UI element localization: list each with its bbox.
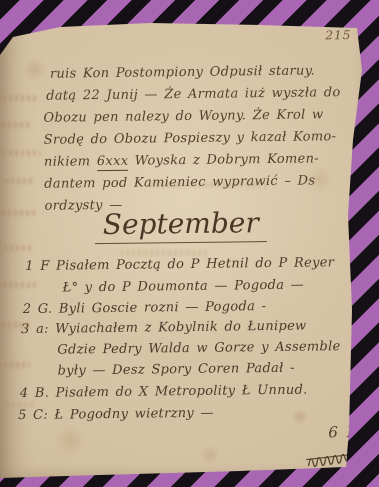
page-number: 215 bbox=[325, 28, 351, 42]
handwritten-content: 215 ruis Kon Postompiony Odpusił staruy.… bbox=[0, 0, 379, 487]
line-text: nikiem bbox=[44, 154, 97, 170]
diary-entry-line: 5 C: Ł Pogodny wietrzny — bbox=[18, 405, 214, 424]
manuscript-line: ruis Kon Postompiony Odpusił staruy. bbox=[50, 62, 315, 82]
diary-entry-line: 4 B. Pisałem do X Metropolity Ł Unnud. bbox=[20, 382, 308, 403]
diary-entry-line: były — Desz Spory Coren Padał - bbox=[57, 360, 294, 380]
diary-entry-line: 1 F Pisałem Pocztą do P Hetnil do P Reye… bbox=[25, 254, 334, 275]
manuscript-line: dantem pod Kamieniec wyprawić – Ds bbox=[44, 172, 315, 192]
month-heading-text: September bbox=[95, 206, 267, 244]
manuscript-line: datą 22 Junij — Że Armata iuż wyszła do bbox=[46, 84, 341, 105]
manuscript-line: Obozu pen nalezy do Woyny. Że Krol w bbox=[43, 106, 323, 126]
scanned-manuscript-photo: 215 ruis Kon Postompiony Odpusił staruy.… bbox=[0, 0, 379, 487]
diary-entry-line: Ł° y do P Doumonta — Pogoda — bbox=[62, 277, 304, 297]
manuscript-line: Srodę do Obozu Pospieszy y kazał Komo- bbox=[44, 128, 337, 149]
diary-entry-line: Gdzie Pedry Walda w Gorze y Assemble bbox=[57, 338, 341, 358]
line-text: Woyska z Dobrym Komen- bbox=[128, 151, 319, 168]
month-heading: September bbox=[86, 206, 276, 241]
day-mark: 6 D bbox=[328, 423, 361, 441]
diary-entry-line: 2 G. Byli Goscie rozni — Pogoda - bbox=[23, 298, 267, 318]
ink-flourish-scribble bbox=[304, 445, 368, 476]
manuscript-page: 215 ruis Kon Postompiony Odpusił staruy.… bbox=[0, 0, 379, 487]
manuscript-line: nikiem 6xxx Woyska z Dobrym Komen- bbox=[44, 150, 319, 170]
underlined-number: 6xxx bbox=[97, 154, 129, 171]
diary-entry-line: 3 a: Wyiachałem z Kobylnik do Łunipew bbox=[21, 318, 307, 338]
